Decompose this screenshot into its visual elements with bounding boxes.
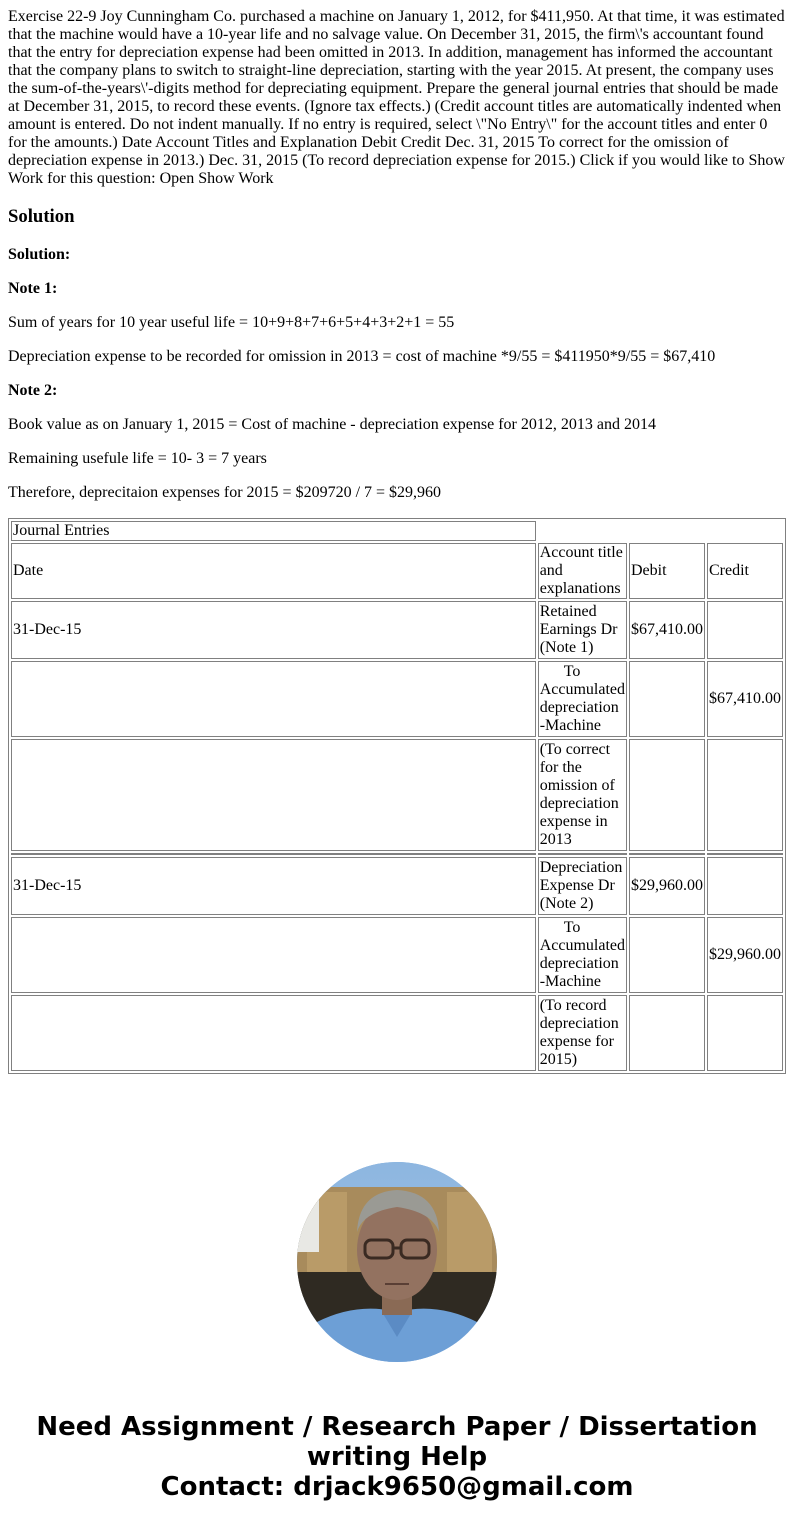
solution-heading: Solution: [8, 206, 786, 228]
note1-label: Note 1:: [8, 280, 786, 298]
contact-email[interactable]: Contact: drjack9650@gmail.com: [28, 1472, 766, 1502]
table-row: 31-Dec-15 Depreciation Expense Dr (Note …: [11, 857, 783, 915]
note1-line: Sum of years for 10 year useful life = 1…: [8, 314, 786, 332]
note1-line: Depreciation expense to be recorded for …: [8, 348, 786, 366]
journal-entries-table: Journal Entries Date Account title and e…: [8, 518, 786, 1074]
cell-account: To Accumulated depreciation -Machine: [538, 661, 627, 737]
cell-account: (To record depreciation expense for 2015…: [538, 995, 627, 1071]
cell-credit: [707, 601, 783, 659]
table-title-row: Journal Entries: [11, 521, 783, 541]
cell-debit: $67,410.00: [629, 601, 705, 659]
cell-credit: [707, 995, 783, 1071]
cell-account-text: To Accumulated depreciation -Machine: [540, 919, 625, 990]
cell-date: [11, 661, 536, 737]
note2-line: Remaining usefule life = 10- 3 = 7 years: [8, 450, 786, 468]
cell-credit: $67,410.00: [707, 661, 783, 737]
cell-debit: [629, 661, 705, 737]
cell-account: To Accumulated depreciation -Machine: [538, 917, 627, 993]
note2-line: Therefore, deprecitaion expenses for 201…: [8, 484, 786, 502]
cell-debit: $29,960.00: [629, 857, 705, 915]
table-title: Journal Entries: [11, 521, 536, 541]
separator-row: [11, 853, 783, 855]
table-row: (To correct for the omission of deprecia…: [11, 739, 783, 851]
table-row: 31-Dec-15 Retained Earnings Dr (Note 1) …: [11, 601, 783, 659]
question-text: Exercise 22-9 Joy Cunningham Co. purchas…: [8, 8, 786, 188]
cell-debit: [629, 995, 705, 1071]
solution-subheading: Solution:: [8, 246, 786, 264]
table-header-row: Date Account title and explanations Debi…: [11, 543, 783, 599]
cell-date: [11, 739, 536, 851]
cell-debit: [629, 739, 705, 851]
header-date: Date: [11, 543, 536, 599]
table-row: (To record depreciation expense for 2015…: [11, 995, 783, 1071]
person-photo-icon: [297, 1162, 497, 1362]
author-avatar: [297, 1162, 497, 1362]
cell-date: 31-Dec-15: [11, 601, 536, 659]
header-account: Account title and explanations: [538, 543, 627, 599]
help-text: Need Assignment / Research Paper / Disse…: [28, 1412, 766, 1472]
cell-debit: [629, 917, 705, 993]
table-row: To Accumulated depreciation -Machine $29…: [11, 917, 783, 993]
cell-account: Depreciation Expense Dr (Note 2): [538, 857, 627, 915]
table-row: To Accumulated depreciation -Machine $67…: [11, 661, 783, 737]
contact-banner: Need Assignment / Research Paper / Disse…: [8, 1412, 786, 1522]
cell-credit: [707, 739, 783, 851]
header-debit: Debit: [629, 543, 705, 599]
cell-date: [11, 995, 536, 1071]
note2-line: Book value as on January 1, 2015 = Cost …: [8, 416, 786, 434]
cell-account: (To correct for the omission of deprecia…: [538, 739, 627, 851]
cell-date: 31-Dec-15: [11, 857, 536, 915]
cell-credit: $29,960.00: [707, 917, 783, 993]
cell-credit: [707, 857, 783, 915]
cell-account: Retained Earnings Dr (Note 1): [538, 601, 627, 659]
cell-date: [11, 917, 536, 993]
header-credit: Credit: [707, 543, 783, 599]
cell-account-text: To Accumulated depreciation -Machine: [540, 663, 625, 734]
note2-label: Note 2:: [8, 382, 786, 400]
